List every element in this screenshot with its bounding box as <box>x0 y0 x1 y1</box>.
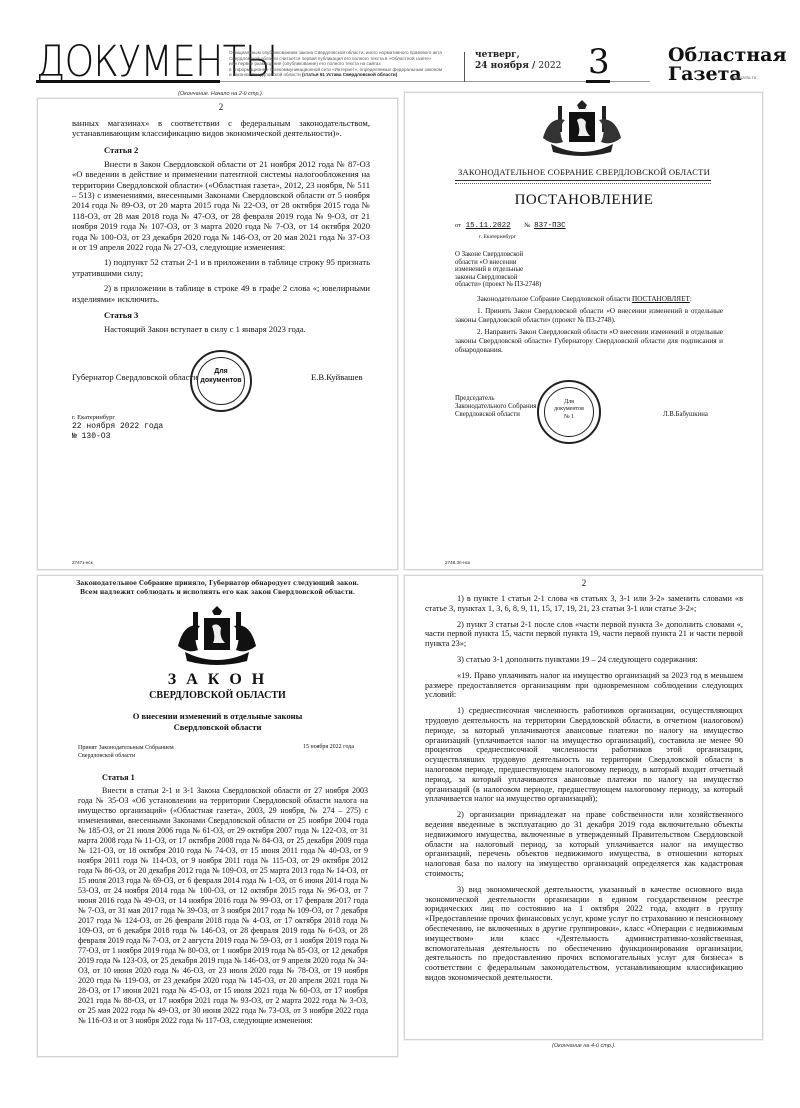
law-title: З А К О Н <box>38 671 397 689</box>
city: г. Екатеринбург <box>479 234 516 240</box>
page-number-underline <box>586 80 610 83</box>
signer-title: Председатель Законодательного Собрания С… <box>455 395 536 419</box>
page-number: 3 <box>588 44 610 80</box>
resolution-item: 2. Направить Закон Свердловской области … <box>455 328 723 355</box>
adopted-date: 15 ноября 2022 года <box>303 744 354 750</box>
resolution-item: 1. Принять Закон Свердловской области «О… <box>455 307 723 325</box>
letterhead-rule <box>455 180 711 184</box>
newspaper-logo: Областная Газета <box>668 46 787 84</box>
official-stamp: Для документов <box>190 350 252 412</box>
signer-name: Е.В.Куйвашев <box>311 372 363 382</box>
continued-to-note: (Окончание на 4-й стр.). <box>552 1043 616 1049</box>
list-item: 3) статью 3-1 дополнить пунктами 19 – 24… <box>425 655 743 665</box>
publication-note: Официальным опубликованием закона Свердл… <box>229 50 464 78</box>
official-stamp: Для документов № 1 <box>537 380 601 444</box>
assembly-name: ЗАКОНОДАТЕЛЬНОЕ СОБРАНИЕ СВЕРДЛОВСКОЙ ОБ… <box>429 167 739 177</box>
subject: О Законе Свердловской области «О внесени… <box>455 251 541 289</box>
law-subtitle: СВЕРДЛОВСКОЙ ОБЛАСТИ <box>38 690 397 701</box>
list-item: 2) в приложении в таблице в строке 49 в … <box>72 283 370 304</box>
resolution-date-line: от 15.11.2022 № 837-ПЗС <box>455 221 566 231</box>
condition-item: 3) вид экономической деятельности, указа… <box>425 885 743 983</box>
title-underline <box>36 80 220 83</box>
continued-from-note: (Окончание. Начало на 2-й стр.). <box>178 91 263 97</box>
page-num: 2 <box>425 578 743 588</box>
condition-item: 1) среднесписочная численность работнико… <box>425 706 743 804</box>
footer-code: 2747з-нск <box>72 560 93 565</box>
signer-name: Л.В.Бабушкина <box>663 411 708 418</box>
header-separator <box>464 52 465 82</box>
law-heading: О внесении изменений в отдельные законы … <box>38 711 397 733</box>
law-number: № 130-ОЗ <box>72 432 110 442</box>
law-page-2-continuation-panel: 2 1) в пункте 1 статьи 2-1 слова «в стат… <box>404 575 763 1040</box>
article-heading: Статья 2 <box>72 145 370 155</box>
page-num: 2 <box>72 102 370 112</box>
condition-item: 2) организации принадлежат на праве собс… <box>425 810 743 879</box>
article-heading: Статья 3 <box>72 310 370 320</box>
coat-of-arms-icon <box>541 98 623 156</box>
paragraph: Настоящий Закон вступает в силу с 1 янва… <box>72 324 370 334</box>
site-link[interactable]: oblgazeta.ru <box>731 76 756 81</box>
proclamation: Законодательное Собрание приняло, Губерн… <box>38 579 397 597</box>
list-item: 1) подпункт 52 статьи 2-1 и в приложении… <box>72 257 370 278</box>
paragraph: «19. Право уплачивать налог на имущество… <box>425 671 743 700</box>
coat-of-arms-icon <box>177 604 257 666</box>
sign-date: 22 ноября 2022 года <box>72 422 163 432</box>
article-heading: Статья 1 <box>78 773 368 782</box>
paragraph: Внести в Закон Свердловской области от 2… <box>72 159 370 253</box>
city: г. Екатеринбург <box>72 414 115 421</box>
list-item: 1) в пункте 1 статьи 2-1 слова «в статья… <box>425 594 743 614</box>
issue-date: четверг, 24 ноября / 2022 <box>475 50 561 72</box>
adopted-by: Принят Законодательным Собранием Свердло… <box>78 744 174 760</box>
document-type: ПОСТАНОВЛЕНИЕ <box>429 192 739 209</box>
newspaper-header: ДОКУМЕНТЫ Официальным опубликованием зак… <box>0 0 800 90</box>
paragraph: Внести в статьи 2-1 и 3-1 Закона Свердло… <box>78 786 368 1026</box>
preamble: Законодательное Собрание Свердловской об… <box>455 295 723 304</box>
footer-code: 2748.3п-нск <box>445 560 470 565</box>
paragraph: ванных магазинах» в соответствии с федер… <box>72 118 370 139</box>
list-item: 2) пункт 3 статьи 2-1 после слов «части … <box>425 620 743 649</box>
law-page-2-panel: 2 ванных магазинах» в соответствии с фед… <box>37 98 398 570</box>
signer-title: Губернатор Свердловской области <box>72 372 198 382</box>
resolution-panel: ЗАКОНОДАТЕЛЬНОЕ СОБРАНИЕ СВЕРДЛОВСКОЙ ОБ… <box>404 92 763 570</box>
law-page-1-panel: Законодательное Собрание приняло, Губерн… <box>37 575 398 1057</box>
